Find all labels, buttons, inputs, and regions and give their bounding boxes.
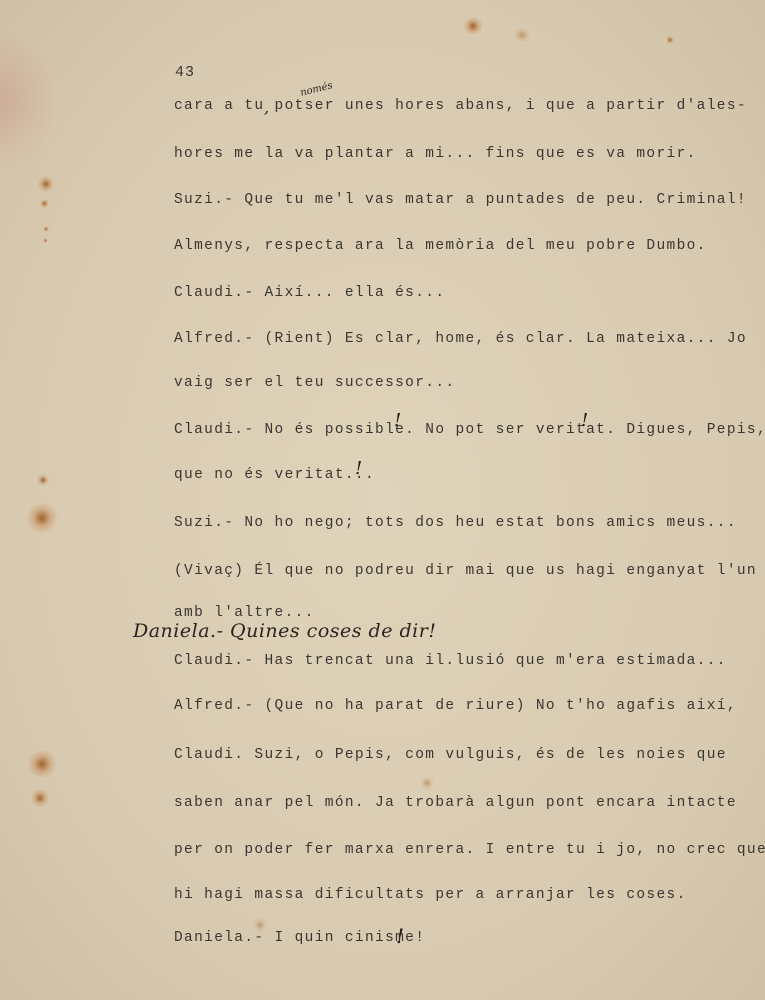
- rust-stain: [666, 36, 674, 44]
- rust-stain: [27, 503, 57, 533]
- text-line: Almenys, respecta ara la memòria del meu…: [174, 238, 707, 254]
- rust-stain: [40, 199, 49, 208]
- rust-stain: [462, 18, 484, 34]
- text-line: per on poder fer marxa enrera. I entre t…: [174, 842, 765, 858]
- text-line: (Vivaç) Él que no podreu dir mai que us …: [174, 563, 757, 579]
- handwritten-inserted-line: Daniela.- Quines coses de dir!: [133, 620, 436, 642]
- text-line: Claudi.- No és possible. No pot ser veri…: [174, 422, 765, 438]
- rust-stain: [38, 176, 54, 192]
- text-line: Daniela.- I quin cinisme!: [174, 930, 425, 946]
- rust-stain: [513, 28, 531, 42]
- text-line: hores me la va plantar a mi... fins que …: [174, 146, 697, 162]
- handwritten-exclamation-mark: !: [581, 410, 588, 431]
- text-line: cara a tu potser unes hores abans, i que…: [174, 98, 747, 114]
- text-line: Claudi.- Així... ella és...: [174, 285, 445, 301]
- text-line: Suzi.- No ho nego; tots dos heu estat bo…: [174, 515, 737, 531]
- text-line: Claudi. Suzi, o Pepis, com vulguis, és d…: [174, 747, 727, 763]
- handwritten-exclamation-mark: !: [394, 410, 401, 431]
- handwritten-insertion: només: [299, 80, 334, 99]
- text-line: hi hagi massa dificultats per a arranjar…: [174, 887, 687, 903]
- handwritten-exclamation-mark: !: [355, 458, 362, 479]
- text-line: vaig ser el teu successor...: [174, 375, 455, 391]
- text-line: Claudi.- Has trencat una il.lusió que m'…: [174, 653, 727, 669]
- rust-stain: [31, 789, 49, 807]
- rust-stain: [37, 474, 49, 486]
- text-line: que no és veritat...: [174, 467, 375, 483]
- handwritten-exclamation-mark: !: [396, 924, 404, 948]
- page-number: 43: [175, 64, 195, 81]
- rust-stain: [420, 776, 434, 790]
- rust-stain: [43, 226, 49, 232]
- typewritten-page: 43 només , cara a tu potser unes hores a…: [0, 0, 765, 1000]
- text-line: Suzi.- Que tu me'l vas matar a puntades …: [174, 192, 747, 208]
- text-line: Alfred.- (Rient) Es clar, home, és clar.…: [174, 331, 747, 347]
- text-line: Alfred.- (Que no ha parat de riure) No t…: [174, 698, 737, 714]
- rust-stain: [43, 238, 48, 243]
- text-line: amb l'altre...: [174, 605, 315, 621]
- text-line: saben anar pel món. Ja trobarà algun pon…: [174, 795, 737, 811]
- rust-stain: [28, 750, 56, 778]
